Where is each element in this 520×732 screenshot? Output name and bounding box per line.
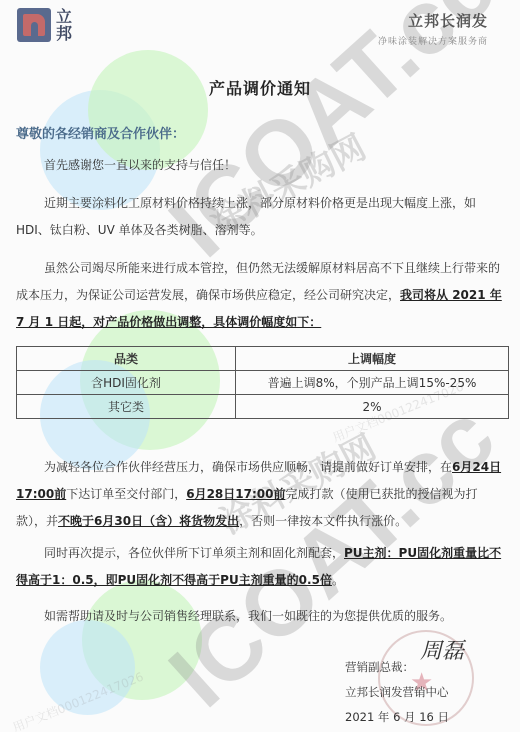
brand-name: 立邦长润发: [378, 10, 488, 31]
paragraph-materials: 近期主要涂料化工原材料价格持续上涨，部分原材料价格更是出现大幅度上涨，如 HDI…: [16, 190, 506, 244]
deadline-shipping: 不晚于6月30日（含）将货物发出: [58, 514, 239, 528]
table-row: 含HDI固化剂 普遍上调8%，个别产品上调15%-25%: [17, 371, 509, 395]
deadline-text-e: ，否则一律按本文件执行涨价。: [239, 514, 407, 528]
deadline-text-a: 为减轻各位合作伙伴经营压力，确保市场供应顺畅，请提前做好订单安排，在: [44, 460, 452, 474]
signature-block: 营销副总裁： 立邦长润发营销中心 2021 年 6 月 16 日: [345, 655, 449, 730]
watermark-circle-blue-3: [40, 620, 135, 715]
brand-subtitle: 净味涂装解决方案服务商: [378, 34, 488, 47]
paragraph-ratio: 同时再次提示，各位伙伴所下订单须主剂和固化剂配套，PU主剂：PU固化剂重量比不得…: [16, 540, 506, 594]
ratio-text-c: 。: [332, 573, 344, 587]
header-category: 品类: [17, 347, 236, 371]
sign-date: 2021 年 6 月 16 日: [345, 705, 449, 730]
watermark-small-1: 用户文档000122417026: [10, 668, 146, 732]
brand-block: 立邦长润发 净味涂装解决方案服务商: [378, 10, 488, 47]
sign-title: 营销副总裁：: [345, 655, 449, 680]
cell-increase: 2%: [236, 395, 509, 419]
document-title: 产品调价通知: [0, 76, 520, 99]
cell-category: 其它类: [17, 395, 236, 419]
watermark-circle-green-3: [82, 580, 202, 700]
table-header-row: 品类 上调幅度: [17, 347, 509, 371]
cell-increase: 普遍上调8%，个别产品上调15%-25%: [236, 371, 509, 395]
table-row: 其它类 2%: [17, 395, 509, 419]
paragraph-deadlines: 为减轻各位合作伙伴经营压力，确保市场供应顺畅，请提前做好订单安排，在6月24日1…: [16, 454, 506, 535]
sign-organization: 立邦长润发营销中心: [345, 680, 449, 705]
logo-mark-icon: [17, 8, 51, 42]
ratio-text-a: 同时再次提示，各位伙伴所下订单须主剂和固化剂配套，: [44, 546, 344, 560]
company-logo: 立邦: [17, 8, 74, 42]
deadline-payment: 6月28日17:00前: [186, 487, 285, 501]
paragraph-contact: 如需帮助请及时与公司销售经理联系，我们一如既往的为您提供优质的服务。: [16, 603, 506, 630]
cell-category: 含HDI固化剂: [17, 371, 236, 395]
salutation: 尊敬的各经销商及合作伙伴：: [16, 123, 185, 142]
logo-text: 立邦: [56, 8, 74, 42]
price-adjustment-table: 品类 上调幅度 含HDI固化剂 普遍上调8%，个别产品上调15%-25% 其它类…: [16, 346, 509, 419]
paragraph-thanks: 首先感谢您一直以来的支持与信任！: [16, 152, 506, 179]
header-increase: 上调幅度: [236, 347, 509, 371]
deadline-text-c: 下达订单至交付部门，: [66, 487, 186, 501]
paragraph-decision: 虽然公司竭尽所能来进行成本管控，但仍然无法缓解原材料居高不下且继续上行带来的成本…: [16, 255, 506, 336]
